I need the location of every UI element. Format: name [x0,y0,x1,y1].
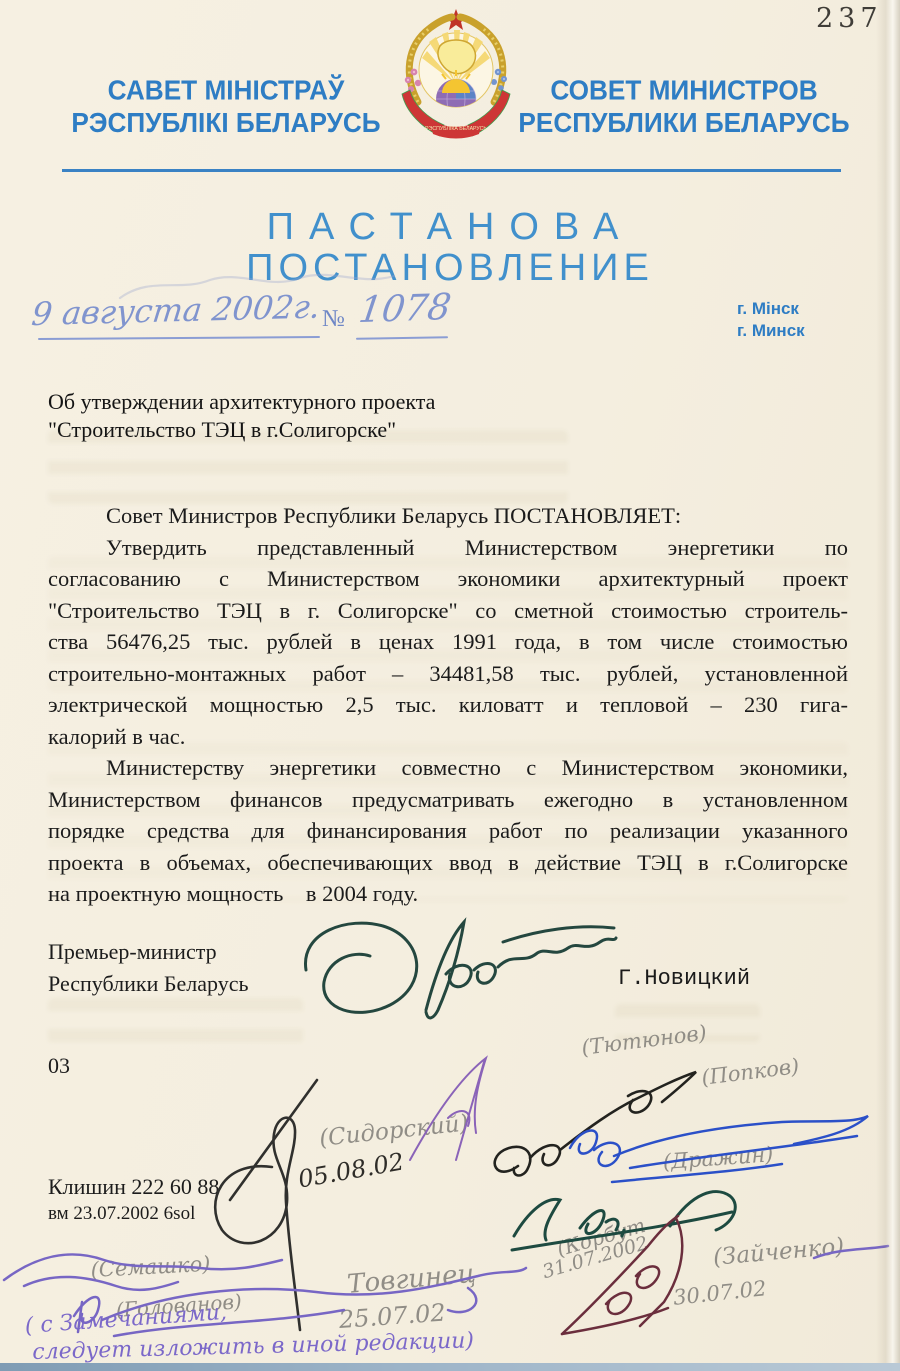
header-divider [62,169,841,172]
title-line: Об утверждении архитектурного проекта [48,388,435,416]
doc-type-belarusian: ПАСТАНОВА [0,206,900,249]
signer-name: Г.Новицкий [618,966,750,991]
page-number: 237 [816,3,883,34]
ribbon-banner-text: РЭСПУБЛІКА БЕЛАРУСЬ [425,126,487,132]
paragraph-2: Министерству энергетики совместно с Мини… [48,752,848,910]
body-line: Министерству энергетики совместно с Мини… [48,752,848,784]
signer-title: Премьер-министр Республики Беларусь [48,936,249,1000]
body-line: строительно-монтажных работ – 34481,58 т… [48,658,848,690]
section-code: 03 [48,1053,70,1079]
place-russian: г. Минск [737,320,805,342]
number-underline [356,336,448,340]
body-line: порядке средства для финансирования рабо… [48,815,848,847]
body-line: проекта в объемах, обеспечивающих ввод в… [48,847,848,879]
org-name-russian: СОВЕТ МИНИСТРОВ РЕСПУБЛИКИ БЕЛАРУСЬ [509,75,858,139]
body-line: Министерством финансов предусматривать е… [48,784,848,816]
place-block: г. Мінск г. Минск [737,298,805,342]
bleed-through-text [48,998,303,1044]
page-bottom-edge [0,1363,900,1371]
body-line: электрической мощностью 2,5 тыс. киловат… [48,689,848,721]
body-line: "Строительство ТЭЦ в г. Солигорске" со с… [48,595,848,627]
signature-novitsky-ink [278,912,618,1017]
place-belarusian: г. Мінск [737,298,805,320]
document-title: Об утверждении архитектурного проекта "С… [48,388,435,444]
handwritten-date: 9 августа 2002г. [30,287,323,333]
signature-maroon-ink-zaichenko [548,1208,708,1338]
page-right-edge [876,0,900,1371]
body-lead-line: Совет Министров Республики Беларусь ПОСТ… [48,500,848,532]
handwritten-number: 1078 [356,287,453,331]
body-line: ства 56476,25 тыс. рублей в ценах 1991 г… [48,626,848,658]
document-page: 237 [0,0,900,1371]
body-line: согласованию с Министерством экономики а… [48,563,848,595]
title-line: "Строительство ТЭЦ в г.Солигорске" [48,416,435,444]
org-name-belarusian: САВЕТ МІНІСТРАЎ РЭСПУБЛІКІ БЕЛАРУСЬ [51,75,400,139]
body-line: Утвердить представленный Министерством э… [48,532,848,564]
number-sign: № [322,306,345,333]
signature-purple-ink-golovanov [48,1258,548,1343]
annotation-popkov: (Попков) [700,1054,800,1090]
coat-of-arms-belarus-icon: РЭСПУБЛІКА БЕЛАРУСЬ [396,6,516,140]
executor-note: вм 23.07.2002 6sol [48,1203,195,1225]
document-body: Совет Министров Республики Беларусь ПОСТ… [48,500,848,910]
date-underline [38,336,320,340]
paragraph-1: Утвердить представленный Министерством э… [48,532,848,753]
